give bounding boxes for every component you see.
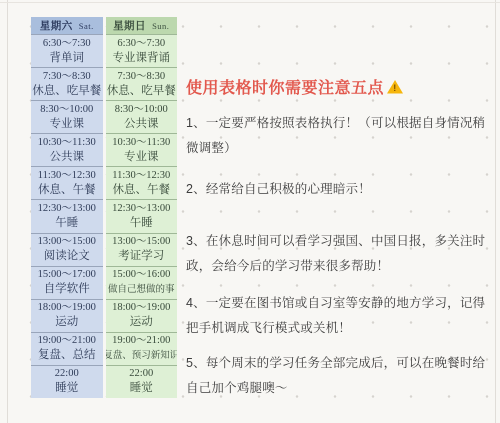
cell-activity: 自学软件 [44,282,90,297]
cell-time: 12:30～13:00 [38,202,96,216]
cell-activity: 考证学习 [118,249,164,264]
note-item: 2、经常给自己积极的心理暗示！ [186,177,492,202]
notes-title: 使用表格时你需要注意五点 [186,75,492,98]
cell-activity: 专业课背诵 [113,51,171,66]
warning-icon [387,80,403,94]
cell-time: 13:00～15:00 [112,235,170,249]
cell-activity: 背单词 [50,51,85,66]
schedule-cell: 7:30～8:30休息、吃早餐 [106,67,178,100]
schedule-cell: 13:00～15:00考证学习 [106,233,178,266]
cell-activity: 专业课 [50,117,85,132]
schedule-cell: 15:00～16:00做自己想做的事 [106,266,178,299]
note-item: 5、每个周末的学习任务全部完成后，可以在晚餐时给自己加个鸡腿噢～ [186,351,492,401]
cell-time: 10:30～11:30 [38,136,96,150]
cell-time: 22:00 [55,367,79,381]
saturday-column: 星期六 Sat. 6:30～7:30背单词7:30～8:30休息、吃早餐8:30… [31,17,103,398]
weekend-schedule-table: 星期六 Sat. 6:30～7:30背单词7:30～8:30休息、吃早餐8:30… [31,17,177,398]
cell-time: 11:30～12:30 [38,169,96,183]
notes-list: 1、一定要严格按照表格执行！（可以根据自身情况稍微调整）2、经常给自己积极的心理… [186,111,492,401]
note-item: 4、一定要在图书馆或自习室等安静的地方学习，记得把手机调成飞行模式或关机！ [186,291,492,341]
cell-activity: 休息、午餐 [38,183,96,198]
schedule-cell: 15:00～17:00自学软件 [31,266,103,299]
schedule-cell: 10:30～11:30专业课 [106,133,178,166]
cell-time: 18:00～19:00 [38,301,96,315]
sunday-cells: 6:30～7:30专业课背诵7:30～8:30休息、吃早餐8:30～10:00公… [106,34,178,398]
cell-time: 6:30～7:30 [43,37,91,51]
cell-time: 19:00～21:00 [112,334,170,348]
saturday-abbr: Sat. [79,21,94,31]
cell-activity: 运动 [130,315,153,330]
cell-time: 6:30～7:30 [117,37,165,51]
saturday-cells: 6:30～7:30背单词7:30～8:30休息、吃早餐8:30～10:00专业课… [31,34,103,398]
schedule-cell: 6:30～7:30背单词 [31,35,103,67]
schedule-cell: 12:30～13:00午睡 [31,199,103,232]
sunday-column: 星期日 Sun. 6:30～7:30专业课背诵7:30～8:30休息、吃早餐8:… [106,17,178,398]
cell-activity: 运动 [55,315,78,330]
cell-time: 10:30～11:30 [112,136,170,150]
schedule-cell: 12:30～13:00午睡 [106,199,178,232]
cell-time: 7:30～8:30 [117,70,165,84]
sunday-abbr: Sun. [152,21,169,31]
schedule-cell: 22:00睡觉 [106,365,178,398]
cell-activity: 复盘、预习新知识 [106,348,178,363]
cell-time: 11:30～12:30 [112,169,170,183]
cell-time: 18:00～19:00 [112,301,170,315]
schedule-cell: 18:00～19:00运动 [31,299,103,332]
cell-time: 15:00～16:00 [112,268,170,282]
note-item: 3、在休息时间可以看学习强国、中国日报，多关注时政，会给今后的学习带来很多帮助！ [186,229,492,279]
schedule-cell: 11:30～12:30休息、午餐 [106,166,178,199]
page-edge-line-top [0,2,500,3]
notes-panel: 使用表格时你需要注意五点 1、一定要严格按照表格执行！（可以根据自身情况稍微调整… [186,75,492,401]
cell-activity: 午睡 [55,216,78,231]
cell-activity: 休息、吃早餐 [107,84,176,99]
cell-time: 8:30～10:00 [40,103,93,117]
cell-time: 13:00～15:00 [38,235,96,249]
schedule-cell: 8:30～10:00专业课 [31,100,103,133]
cell-activity: 做自己想做的事 [108,282,175,297]
schedule-cell: 22:00睡觉 [31,365,103,398]
schedule-cell: 19:00～21:00复盘、预习新知识 [106,332,178,365]
notes-title-text: 使用表格时你需要注意五点 [186,75,384,98]
cell-activity: 公共课 [124,117,159,132]
cell-time: 7:30～8:30 [43,70,91,84]
cell-time: 22:00 [129,367,153,381]
cell-activity: 午睡 [130,216,153,231]
cell-time: 19:00～21:00 [38,334,96,348]
sunday-header: 星期日 Sun. [106,17,178,34]
schedule-cell: 7:30～8:30休息、吃早餐 [31,67,103,100]
schedule-cell: 8:30～10:00公共课 [106,100,178,133]
page-edge-line-left [7,0,8,423]
cell-activity: 睡觉 [55,381,78,396]
saturday-header: 星期六 Sat. [31,17,103,34]
schedule-cell: 11:30～12:30休息、午餐 [31,166,103,199]
page-edge-line-right [495,0,496,423]
cell-time: 15:00～17:00 [38,268,96,282]
schedule-cell: 13:00～15:00阅读论文 [31,233,103,266]
cell-activity: 公共课 [50,150,85,165]
cell-activity: 休息、午餐 [113,183,171,198]
cell-time: 8:30～10:00 [115,103,168,117]
note-item: 1、一定要严格按照表格执行！（可以根据自身情况稍微调整） [186,111,492,161]
cell-activity: 专业课 [124,150,159,165]
saturday-label: 星期六 [40,18,73,33]
schedule-cell: 19:00～21:00复盘、总结 [31,332,103,365]
cell-time: 12:30～13:00 [112,202,170,216]
schedule-cell: 10:30～11:30公共课 [31,133,103,166]
sunday-label: 星期日 [113,18,146,33]
cell-activity: 阅读论文 [44,249,90,264]
cell-activity: 休息、吃早餐 [32,84,101,99]
schedule-cell: 6:30～7:30专业课背诵 [106,35,178,67]
cell-activity: 睡觉 [130,381,153,396]
cell-activity: 复盘、总结 [38,348,96,363]
schedule-cell: 18:00～19:00运动 [106,299,178,332]
study-plan-note: 星期六 Sat. 6:30～7:30背单词7:30～8:30休息、吃早餐8:30… [0,0,500,423]
